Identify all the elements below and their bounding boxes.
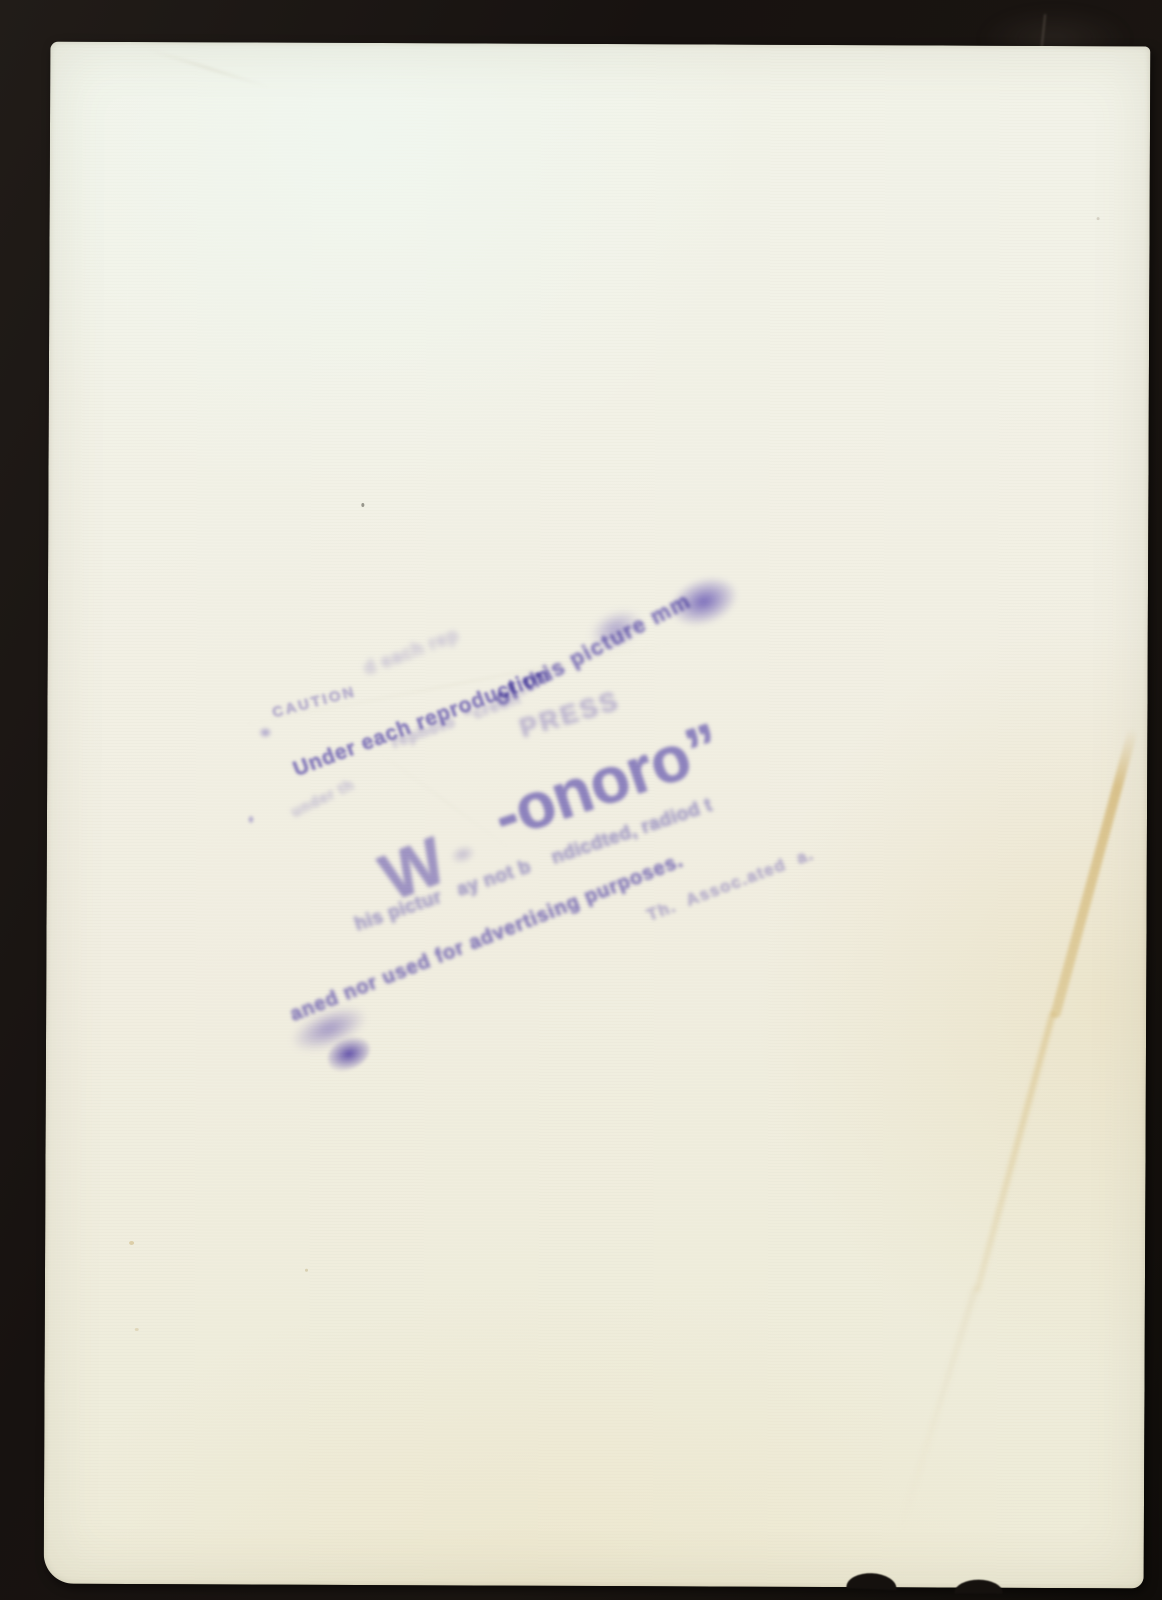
paper-speck <box>1097 217 1100 220</box>
stamp-fragment-under-faint: under th <box>288 776 357 821</box>
stain-line <box>897 1286 978 1535</box>
ink-blob <box>663 568 744 635</box>
stamp-fragment-ghost: d each rep <box>361 624 462 679</box>
stamp-fragment-caution: CAUTION <box>270 683 357 721</box>
paper-speck <box>135 1328 139 1331</box>
paper-speck <box>129 1241 134 1245</box>
photo-paper: d each rep CAUTION Under each reproducti… <box>44 42 1151 1589</box>
paper-edge-chip <box>955 1580 1003 1594</box>
stain-line <box>1050 727 1139 1019</box>
stain-line <box>974 1011 1056 1292</box>
paper-crease <box>146 48 271 88</box>
scan-background: d each rep CAUTION Under each reproducti… <box>0 0 1162 1600</box>
ink-blob <box>258 727 272 739</box>
paper-edge-chip <box>846 1572 897 1590</box>
paper-speck <box>305 1269 308 1272</box>
ink-blob <box>448 842 479 868</box>
paper-speck <box>361 503 364 507</box>
ink-blob <box>247 814 255 824</box>
